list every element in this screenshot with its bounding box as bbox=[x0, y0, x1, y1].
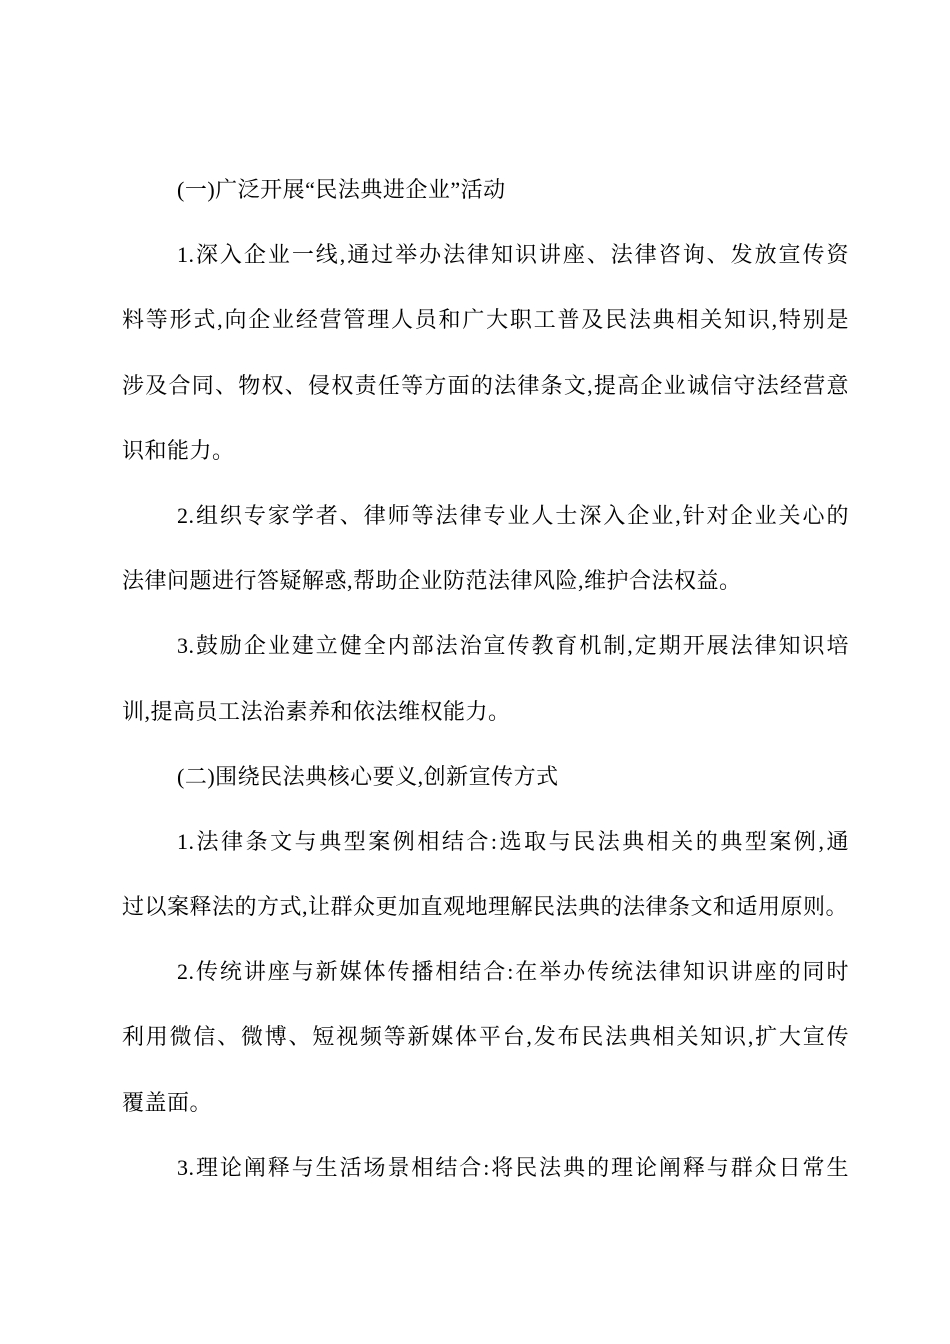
document-page: (一)广泛开展“民法典进企业”活动 1.深入企业一线,通过举办法律知识讲座、法律… bbox=[0, 0, 950, 1344]
text-line: 识和能力。 bbox=[122, 418, 849, 483]
text-line: 过以案释法的方式,让群众更加直观地理解民法典的法律条文和适用原则。 bbox=[122, 874, 849, 939]
text-line: 1.深入企业一线,通过举办法律知识讲座、法律咨询、发放宣传资 bbox=[122, 222, 849, 287]
section-heading-1: (一)广泛开展“民法典进企业”活动 bbox=[122, 157, 849, 222]
text-line: 涉及合同、物权、侵权责任等方面的法律条文,提高企业诚信守法经营意 bbox=[122, 353, 849, 418]
text-line: 法律问题进行答疑解惑,帮助企业防范法律风险,维护合法权益。 bbox=[122, 548, 849, 613]
text-line: 料等形式,向企业经营管理人员和广大职工普及民法典相关知识,特别是 bbox=[122, 287, 849, 352]
document-text-block: (一)广泛开展“民法典进企业”活动 1.深入企业一线,通过举办法律知识讲座、法律… bbox=[122, 157, 849, 1200]
text-line: 训,提高员工法治素养和依法维权能力。 bbox=[122, 679, 849, 744]
text-line: 3.鼓励企业建立健全内部法治宣传教育机制,定期开展法律知识培 bbox=[122, 613, 849, 678]
text-line: 3.理论阐释与生活场景相结合:将民法典的理论阐释与群众日常生 bbox=[122, 1135, 849, 1200]
text-line: 1.法律条文与典型案例相结合:选取与民法典相关的典型案例,通 bbox=[122, 809, 849, 874]
text-line: 覆盖面。 bbox=[122, 1070, 849, 1135]
text-line: 2.传统讲座与新媒体传播相结合:在举办传统法律知识讲座的同时 bbox=[122, 939, 849, 1004]
section-heading-2: (二)围绕民法典核心要义,创新宣传方式 bbox=[122, 744, 849, 809]
text-line: 2.组织专家学者、律师等法律专业人士深入企业,针对企业关心的 bbox=[122, 483, 849, 548]
text-line: 利用微信、微博、短视频等新媒体平台,发布民法典相关知识,扩大宣传 bbox=[122, 1004, 849, 1069]
